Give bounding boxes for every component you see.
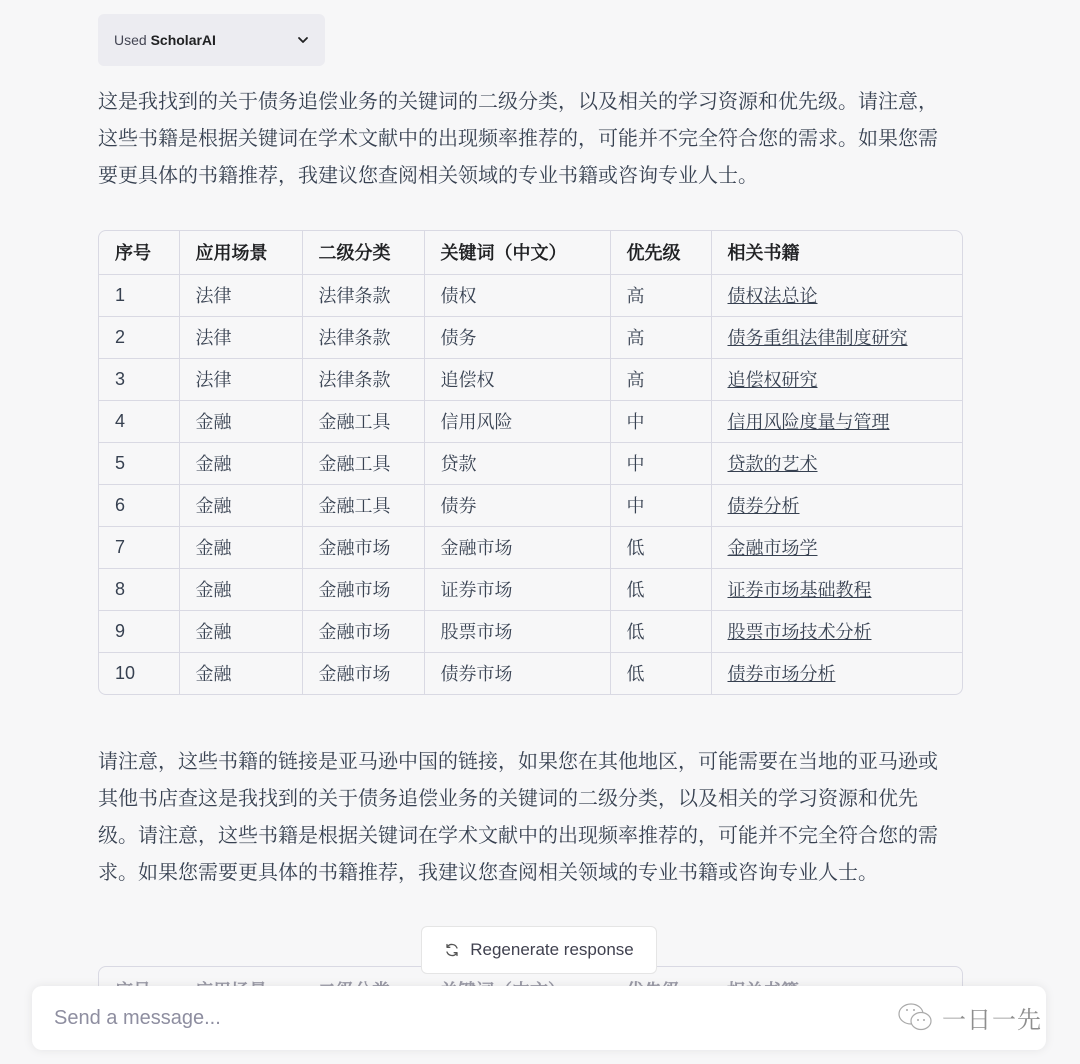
wechat-icon — [896, 1001, 936, 1035]
cell-keyword: 追偿权 — [424, 358, 610, 400]
col-header-index: 序号 — [99, 231, 179, 274]
cell-subcategory: 金融市场 — [302, 610, 424, 652]
keywords-table: 序号 应用场景 二级分类 关键词（中文） 优先级 相关书籍 1 法律 法律条款 … — [98, 230, 963, 695]
followup-paragraph: 请注意，这些书籍的链接是亚马逊中国的链接，如果您在其他地区，可能需要在当地的亚马… — [98, 744, 948, 892]
cell-index: 4 — [99, 400, 179, 442]
chevron-down-icon — [297, 34, 309, 46]
book-link[interactable]: 债券分析 — [728, 496, 800, 516]
cell-subcategory: 金融市场 — [302, 526, 424, 568]
book-link[interactable]: 信用风险度量与管理 — [728, 412, 890, 432]
cell-keyword: 债权 — [424, 274, 610, 316]
table-header-row: 序号 应用场景 二级分类 关键词（中文） 优先级 相关书籍 — [99, 231, 962, 274]
book-link[interactable]: 股票市场技术分析 — [728, 622, 872, 642]
cell-index: 1 — [99, 274, 179, 316]
cell-priority: 低 — [610, 610, 711, 652]
cell-book: 股票市场技术分析 — [711, 610, 962, 652]
cell-book: 债权法总论 — [711, 274, 962, 316]
cell-priority: 低 — [610, 652, 711, 694]
book-link[interactable]: 债权法总论 — [728, 286, 818, 306]
book-link[interactable]: 债券市场分析 — [728, 664, 836, 684]
plugin-label: Used ScholarAI — [114, 32, 216, 48]
table-row: 3 法律 法律条款 追偿权 高 追偿权研究 — [99, 358, 962, 400]
watermark: 一日一先 — [896, 1000, 1042, 1035]
table-row: 2 法律 法律条款 债务 高 债务重组法律制度研究 — [99, 316, 962, 358]
cell-subcategory: 法律条款 — [302, 358, 424, 400]
cell-book: 债券市场分析 — [711, 652, 962, 694]
cell-scenario: 法律 — [179, 358, 302, 400]
cell-keyword: 金融市场 — [424, 526, 610, 568]
cell-scenario: 法律 — [179, 274, 302, 316]
cell-index: 2 — [99, 316, 179, 358]
cell-scenario: 金融 — [179, 484, 302, 526]
cell-keyword: 证券市场 — [424, 568, 610, 610]
cell-subcategory: 金融市场 — [302, 568, 424, 610]
cell-keyword: 债券 — [424, 484, 610, 526]
col-header-scenario: 应用场景 — [179, 231, 302, 274]
message-input[interactable] — [52, 1006, 856, 1031]
cell-priority: 高 — [610, 358, 711, 400]
table-row: 4 金融 金融工具 信用风险 中 信用风险度量与管理 — [99, 400, 962, 442]
watermark-text: 一日一先 — [942, 1000, 1042, 1035]
cell-priority: 中 — [610, 484, 711, 526]
col-header-keyword: 关键词（中文） — [424, 231, 610, 274]
plugin-used-toggle[interactable]: Used ScholarAI — [98, 14, 325, 66]
cell-index: 5 — [99, 442, 179, 484]
cell-scenario: 金融 — [179, 526, 302, 568]
table-row: 10 金融 金融市场 债券市场 低 债券市场分析 — [99, 652, 962, 694]
cell-scenario: 金融 — [179, 400, 302, 442]
cell-keyword: 债券市场 — [424, 652, 610, 694]
intro-paragraph: 这是我找到的关于债务追偿业务的关键词的二级分类，以及相关的学习资源和优先级。请注… — [98, 84, 948, 195]
cell-scenario: 金融 — [179, 568, 302, 610]
table-row: 9 金融 金融市场 股票市场 低 股票市场技术分析 — [99, 610, 962, 652]
cell-subcategory: 法律条款 — [302, 274, 424, 316]
message-composer: 一日一先 — [32, 986, 1046, 1050]
cell-scenario: 金融 — [179, 610, 302, 652]
cell-keyword: 股票市场 — [424, 610, 610, 652]
table-row: 8 金融 金融市场 证券市场 低 证券市场基础教程 — [99, 568, 962, 610]
cell-book: 证券市场基础教程 — [711, 568, 962, 610]
regenerate-response-button[interactable]: Regenerate response — [421, 926, 657, 974]
col-header-priority: 优先级 — [610, 231, 711, 274]
cell-keyword: 债务 — [424, 316, 610, 358]
refresh-icon — [444, 942, 460, 958]
cell-priority: 中 — [610, 400, 711, 442]
col-header-subcategory: 二级分类 — [302, 231, 424, 274]
cell-priority: 低 — [610, 568, 711, 610]
cell-index: 7 — [99, 526, 179, 568]
book-link[interactable]: 贷款的艺术 — [728, 454, 818, 474]
cell-subcategory: 金融工具 — [302, 442, 424, 484]
cell-priority: 高 — [610, 316, 711, 358]
cell-keyword: 贷款 — [424, 442, 610, 484]
book-link[interactable]: 债务重组法律制度研究 — [728, 328, 908, 348]
cell-book: 债务重组法律制度研究 — [711, 316, 962, 358]
cell-book: 金融市场学 — [711, 526, 962, 568]
cell-index: 10 — [99, 652, 179, 694]
cell-book: 追偿权研究 — [711, 358, 962, 400]
book-link[interactable]: 追偿权研究 — [728, 370, 818, 390]
col-header-books: 相关书籍 — [711, 231, 962, 274]
cell-book: 贷款的艺术 — [711, 442, 962, 484]
table-row: 5 金融 金融工具 贷款 中 贷款的艺术 — [99, 442, 962, 484]
cell-index: 3 — [99, 358, 179, 400]
table-row: 7 金融 金融市场 金融市场 低 金融市场学 — [99, 526, 962, 568]
cell-subcategory: 法律条款 — [302, 316, 424, 358]
cell-priority: 高 — [610, 274, 711, 316]
cell-scenario: 法律 — [179, 316, 302, 358]
cell-index: 8 — [99, 568, 179, 610]
table-row: 1 法律 法律条款 债权 高 债权法总论 — [99, 274, 962, 316]
cell-scenario: 金融 — [179, 442, 302, 484]
cell-book: 信用风险度量与管理 — [711, 400, 962, 442]
cell-subcategory: 金融市场 — [302, 652, 424, 694]
cell-scenario: 金融 — [179, 652, 302, 694]
cell-subcategory: 金融工具 — [302, 400, 424, 442]
regenerate-label: Regenerate response — [470, 940, 634, 960]
cell-subcategory: 金融工具 — [302, 484, 424, 526]
table-row: 6 金融 金融工具 债券 中 债券分析 — [99, 484, 962, 526]
cell-priority: 低 — [610, 526, 711, 568]
book-link[interactable]: 证券市场基础教程 — [728, 580, 872, 600]
book-link[interactable]: 金融市场学 — [728, 538, 818, 558]
cell-index: 9 — [99, 610, 179, 652]
cell-priority: 中 — [610, 442, 711, 484]
cell-book: 债券分析 — [711, 484, 962, 526]
cell-keyword: 信用风险 — [424, 400, 610, 442]
cell-index: 6 — [99, 484, 179, 526]
